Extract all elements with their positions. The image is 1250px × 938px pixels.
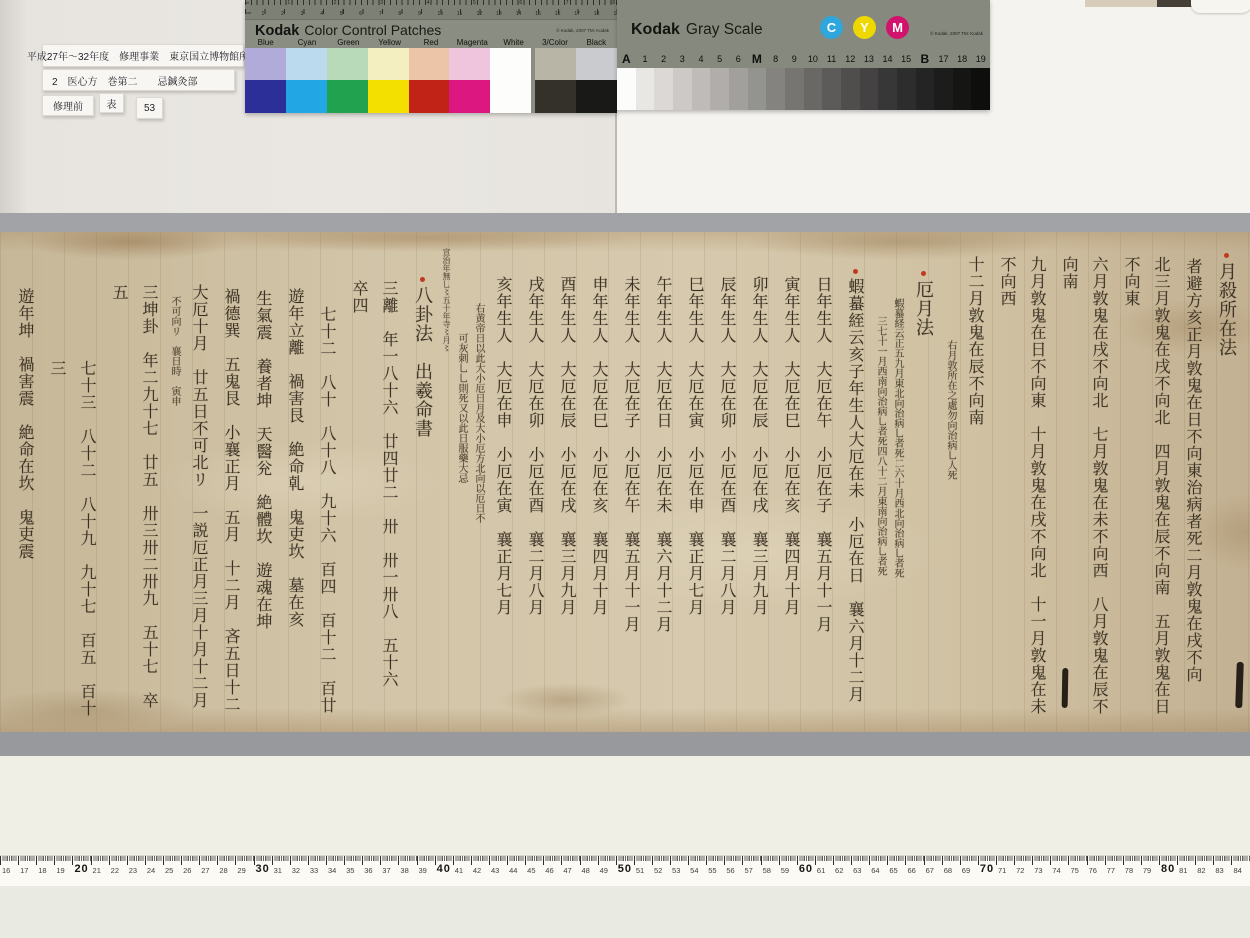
gray-step-swatch [897, 68, 916, 110]
ruler-inch-number: 6 [519, 1, 522, 6]
gray-step-swatch [710, 68, 729, 110]
ruler-cm-cell: 44 [507, 856, 525, 886]
ruler-cm-number: 60 [799, 864, 813, 875]
ruler-cm-cell: 31 [272, 856, 290, 886]
manuscript-column-text: 寅年生人 大厄在巳 小厄在亥 襄四月十月 [782, 276, 801, 616]
ruler-cm-number: 35 [346, 867, 354, 875]
manuscript-column: 卯年生人 大厄在辰 小厄在戌 襄三月九月 [744, 248, 774, 720]
kodak-wordmark: Kodak [631, 21, 680, 38]
gray-step-swatch [729, 68, 748, 110]
patch-swatch-dark [327, 80, 368, 113]
manuscript-column: 右黄帝日以此大小厄日月及大小厄方北向以厄日不 [470, 248, 486, 720]
ruler-cm-number: 46 [545, 867, 553, 875]
repair-stage-label: 修理前 [42, 95, 94, 116]
patch-column-green [327, 48, 368, 113]
cym-badge-y: Y [853, 16, 876, 39]
ruler-unit-inches: in [246, 1, 249, 5]
ruler-cm-cell: 26 [181, 856, 199, 886]
ishinpo-manuscript-scroll: 月殺所在法者避方亥正月敦鬼在日不向東治病者死二月敦鬼在戌不向北三月敦鬼在戌不向北… [0, 232, 1250, 732]
manuscript-column: 辰年生人 大厄在卯 小厄在酉 襄二月八月 [712, 248, 742, 720]
ruler-cm-number: 53 [672, 867, 680, 875]
manuscript-column: 十二月敦鬼在辰不向南 [960, 248, 990, 720]
manuscript-column: 者避方亥正月敦鬼在日不向東治病者死二月敦鬼在戌不向 [1178, 248, 1208, 720]
ruler-cm-number: 26 [183, 867, 191, 875]
manuscript-column: 七十二 八十 八十八 九十六 百四 百十二 百廿 [312, 248, 342, 720]
gray-step-label: 4 [692, 54, 711, 64]
ruler-cm-number: 43 [491, 867, 499, 875]
gray-step-label: 11 [822, 54, 841, 64]
ruler-cm-cell: 43 [489, 856, 507, 886]
ruler-cm-cell: 67 [924, 856, 942, 886]
patch-swatch-light [409, 48, 450, 80]
manuscript-column: 蝦蟇経云正五九月東北向治病乚者死二六十月西北向治病乚者死 [889, 248, 905, 720]
ruler-cm-number: 6 [359, 12, 362, 17]
ruler-cm-cell: 24 [145, 856, 163, 886]
manuscript-column: 六月敦鬼在戌不向北 七月敦鬼在未不向西 八月敦鬼在辰不向南 [1054, 248, 1114, 720]
ruler-cm-number: 69 [962, 867, 970, 875]
ruler-cm-cell: 82 [1195, 856, 1213, 886]
ruler-cm-number: 65 [889, 867, 897, 875]
ruler-cm-cell: 38 [398, 856, 416, 886]
item-title-label: 2 医心方 巻第二 忌鍼灸部 [42, 69, 235, 91]
manuscript-column: 月殺所在法 [1210, 248, 1243, 720]
ruler-cm-cell: 65 [887, 856, 905, 886]
ruler-cm-cell: 69 [960, 856, 978, 886]
manuscript-column-text: 六月敦鬼在戌不向北 七月敦鬼在未不向西 八月敦鬼在辰不向南 [1060, 256, 1109, 715]
gray-step-label: 17 [934, 54, 953, 64]
color-card-title: KodakColor Control Patches [255, 22, 441, 38]
manuscript-column-text: 八卦法 出羲命書 [412, 286, 433, 438]
ruler-cm-number: 59 [781, 867, 789, 875]
ruler-cm-cell: 16 [0, 856, 18, 886]
ruler-cm-cell: 33 [308, 856, 326, 886]
ruler-cm-cell: 64 [869, 856, 887, 886]
ruler-cm-cell: 29 [235, 856, 253, 886]
manuscript-column-text: 遊年立離 禍害艮 絶命乹 鬼吏坎 墓在亥 [286, 288, 305, 628]
ruler-cm-number: 70 [980, 864, 994, 875]
gray-step-swatch [748, 68, 767, 110]
ruler-cm-number: 12 [477, 12, 483, 17]
ruler-cm-number: 80 [1161, 864, 1175, 875]
ruler-cm-number: 71 [998, 867, 1006, 875]
patch-label: Black [576, 38, 617, 48]
project-label: 平成27年〜32年度 修理事業 東京国立博物館所蔵 [42, 44, 244, 67]
manuscript-column-text: 遊年坤 禍害震 絶命在坎 鬼吏震 [16, 288, 35, 560]
ruler-cm-cell: 37 [380, 856, 398, 886]
manuscript-column-text: 三離 年一八十六 廿四廿二 卅 卅一卅八 五十六 卒四 [350, 280, 399, 705]
manuscript-column-text: 未年生人 大厄在子 小厄在午 襄五月十一月 [622, 276, 641, 633]
ruler-cm-cell: 27 [199, 856, 217, 886]
ruler-cm-cell: 48 [580, 856, 598, 886]
gray-step-swatch [860, 68, 879, 110]
manuscript-column-text: 午年生人 大厄在日 小厄在未 襄六月十二月 [654, 276, 673, 633]
gray-scale-title: KodakGray Scale [631, 21, 763, 39]
ruler-cm-number: 77 [1107, 867, 1115, 875]
ruler-cm-number: 56 [726, 867, 734, 875]
manuscript-column: 宣治年無乚〻五十年寺〻月〻 [441, 248, 452, 720]
gray-step-swatch [617, 68, 636, 110]
ruler-cm-cell: 81 [1177, 856, 1195, 886]
ruler-cm-cell: 46 [543, 856, 561, 886]
ruler-cm-number: 76 [1089, 867, 1097, 875]
gray-step-label: A [617, 52, 636, 66]
manuscript-column: 可灰刺乚乚則死又以此日服藥大忌 [453, 248, 469, 720]
ruler-cm-cell: 50 [616, 856, 634, 886]
ruler-cm-cell: 58 [761, 856, 779, 886]
ruler-cm-cell: 41 [453, 856, 471, 886]
measuring-tape: 1617181920212223242526272829303132333435… [0, 855, 1250, 887]
manuscript-column-text: 十二月敦鬼在辰不向南 [966, 256, 985, 426]
gray-step-label: 13 [860, 54, 879, 64]
manuscript-column: 生氣震 養者坤 天醫兊 絶體坎 遊魂在坤 [248, 248, 278, 720]
manuscript-column: 寅年生人 大厄在巳 小厄在亥 襄四月十月 [776, 248, 806, 720]
gray-step-swatch [841, 68, 860, 110]
manuscript-column: 禍德巽 五鬼艮 小襄正月 五月 十二月 吝五日十二 [216, 248, 246, 720]
patch-swatch-light [286, 48, 327, 80]
manuscript-column: 九月敦鬼在日不向東 十月敦鬼在戌不向北 十一月敦鬼在未不向西 [992, 248, 1052, 720]
patch-swatch-dark [368, 80, 409, 113]
side-label: 表 [99, 93, 124, 113]
ruler-cm-number: 13 [496, 12, 502, 17]
ruler-cm-number: 34 [328, 867, 336, 875]
manuscript-column-text: 可灰刺乚乚則死又以此日服藥大忌 [456, 333, 467, 483]
gray-step-label: 12 [841, 54, 860, 64]
gray-step-label: 8 [766, 54, 785, 64]
gray-step-label: M [748, 52, 767, 66]
gray-step-label: B [916, 52, 935, 66]
manuscript-column-text: 生氣震 養者坤 天醫兊 絶體坎 遊魂在坤 [254, 290, 273, 630]
ruler-cm-number: 22 [111, 867, 119, 875]
ruler-cm-number: 28 [219, 867, 227, 875]
manuscript-column: 右月敦所在之處勿向治病乚人死 [942, 248, 958, 720]
ruler-cm-cell: 77 [1105, 856, 1123, 886]
manuscript-column-text: 右黄帝日以此大小厄日月及大小厄方北向以厄日不 [473, 303, 484, 523]
ruler-cm-cell: 18 [36, 856, 54, 886]
gray-step-swatch [692, 68, 711, 110]
ruler-cm-cell: 49 [598, 856, 616, 886]
kodak-color-control-card: in cm 12345678 1234567891011121314151617… [245, 0, 617, 113]
ruler-cm-cell: 40 [435, 856, 453, 886]
ruler-cm-cell: 62 [833, 856, 851, 886]
ruler-cm-cell: 28 [217, 856, 235, 886]
ruler-cm-cell: 61 [815, 856, 833, 886]
ruler-cm-number: 24 [147, 867, 155, 875]
manuscript-column: 厄月法 [907, 248, 940, 720]
patch-swatch-dark [245, 80, 286, 113]
ruler-cm-number: 32 [292, 867, 300, 875]
patch-swatches [245, 48, 617, 113]
manuscript-column: 八卦法 出羲命書 [406, 248, 439, 720]
ruler-cm-cell: 23 [127, 856, 145, 886]
ruler-cm-number: 82 [1197, 867, 1205, 875]
ruler-cm-cell: 73 [1032, 856, 1050, 886]
ruler-cm-number: 39 [419, 867, 427, 875]
ruler-cm-number: 61 [817, 867, 825, 875]
ruler-cm-cell: 59 [779, 856, 797, 886]
ruler-cm-cell: 19 [54, 856, 72, 886]
ruler-cm-number: 79 [1143, 867, 1151, 875]
manuscript-column: 酉年生人 大厄在辰 小厄在戌 襄三月九月 [552, 248, 582, 720]
gray-step-label: 9 [785, 54, 804, 64]
patch-swatch-light [368, 48, 409, 80]
patch-label: Magenta [452, 38, 493, 48]
gray-step-swatch [822, 68, 841, 110]
ruler-cm-number: 74 [1052, 867, 1060, 875]
patch-column-magenta [449, 48, 490, 113]
ruler-cm-number: 41 [455, 867, 463, 875]
patch-label: Green [328, 38, 369, 48]
ruler-cm-number: 81 [1179, 867, 1187, 875]
ruler-cm-cell: 25 [163, 856, 181, 886]
gray-step-swatch [971, 68, 990, 110]
ruler-cm-number: 37 [382, 867, 390, 875]
gray-step-swatch [654, 68, 673, 110]
ruler-cm-number: 31 [274, 867, 282, 875]
red-dot-marker [420, 277, 425, 282]
ruler-cm-number: 58 [763, 867, 771, 875]
measuring-tape-cells: 1617181920212223242526272829303132333435… [0, 856, 1250, 886]
ruler-cm-number: 78 [1125, 867, 1133, 875]
manuscript-column-text: 卯年生人 大厄在辰 小厄在戌 襄三月九月 [750, 276, 769, 616]
ruler-inch-number: 8 [612, 1, 615, 6]
ruler-cm-cell: 56 [724, 856, 742, 886]
gray-step-label: 19 [971, 54, 990, 64]
ruler-cm-number: 1 [262, 12, 265, 17]
ruler-cm-number: 38 [400, 867, 408, 875]
ruler-cm-number: 57 [744, 867, 752, 875]
sheet-number-label: 53 [136, 97, 163, 119]
ruler-cm-cell: 21 [91, 856, 109, 886]
ruler-cm-cell: 83 [1213, 856, 1231, 886]
gray-step-swatch [878, 68, 897, 110]
ruler-cm-cell: 84 [1231, 856, 1249, 886]
ruler-cm-number: 36 [364, 867, 372, 875]
patch-swatch-light [245, 48, 286, 80]
ruler-cm-number: 19 [56, 867, 64, 875]
gray-step-label: 18 [953, 54, 972, 64]
ruler-cm-cell: 34 [326, 856, 344, 886]
manuscript-column-text: 者避方亥正月敦鬼在日不向東治病者死二月敦鬼在戌不向 [1184, 258, 1203, 683]
ruler-cm-number: 8 [398, 12, 401, 17]
ruler-cm-number: 16 [555, 12, 561, 17]
ruler-cm-number: 3 [301, 12, 304, 17]
manuscript-column: 巳年生人 大厄在寅 小厄在申 襄正月七月 [680, 248, 710, 720]
patch-column-black [576, 48, 617, 113]
ruler-cm-cell: 42 [471, 856, 489, 886]
gray-step-label: 5 [710, 54, 729, 64]
ruler-cm-cell: 52 [652, 856, 670, 886]
manuscript-column-text: 三七十一月西南向治病乚者死四八十二月東南向治病乚者死 [875, 316, 886, 576]
ruler-cm-number: 84 [1233, 867, 1241, 875]
ruler-cm-cell: 20 [72, 856, 90, 886]
gray-scale-title-rest: Gray Scale [686, 21, 763, 38]
ruler-cm-number: 63 [853, 867, 861, 875]
ruler-cm-number: 47 [563, 867, 571, 875]
ruler-cm-number: 75 [1070, 867, 1078, 875]
ruler-cm-number: 62 [835, 867, 843, 875]
manuscript-column-text: 北三月敦鬼在戌不向北 四月敦鬼在辰不向南 五月敦鬼在日不向東 [1122, 256, 1171, 715]
ruler-cm-number: 48 [582, 867, 590, 875]
ruler-cm-number: 25 [165, 867, 173, 875]
patch-column-red [409, 48, 450, 113]
gray-step-swatch [673, 68, 692, 110]
manuscript-column-text: 月殺所在法 [1216, 262, 1237, 357]
ruler-cm-number: 83 [1215, 867, 1223, 875]
patch-label: Yellow [369, 38, 410, 48]
manuscript-column-text: 七十二 八十 八十八 九十六 百四 百十二 百廿 [318, 306, 337, 714]
ruler-inch-number: 5 [473, 1, 476, 6]
patch-swatch-dark [490, 80, 531, 113]
top-edge-white-object [1191, 0, 1250, 13]
patch-column-white [490, 48, 531, 113]
manuscript-column: 三坤卦 年二九十七 廿五 卅三卅二卅九 五十七 卒五 [104, 248, 164, 720]
ruler-cm-cell: 22 [109, 856, 127, 886]
manuscript-column-text: 蝦蟇絰云亥子年生人大厄在未 小厄在日 襄六月十二月 [846, 278, 865, 703]
ruler-cm-cell: 17 [18, 856, 36, 886]
manuscript-column: 三離 年一八十六 廿四廿二 卅 卅一卅八 五十六 卒四 [344, 248, 404, 720]
ruler-cm-number: 16 [2, 867, 10, 875]
manuscript-column-text: 蝦蟇経云正五九月東北向治病乚者死二六十月西北向治病乚者死 [892, 298, 903, 578]
ruler-cm-cell: 74 [1050, 856, 1068, 886]
ruler-cm-number: 64 [871, 867, 879, 875]
gray-step-label: 10 [804, 54, 823, 64]
ruler-cm-cell: 72 [1014, 856, 1032, 886]
red-dot-marker [1224, 253, 1229, 258]
patch-swatch-light [576, 48, 617, 80]
manuscript-column: 日年生人 大厄在午 小厄在子 襄五月十一月 [808, 248, 838, 720]
ruler-cm-number: 20 [74, 864, 88, 875]
gray-step-label: 6 [729, 54, 748, 64]
ruler-cm-number: 7 [379, 12, 382, 17]
ruler-cm-number: 18 [594, 12, 600, 17]
color-card-copyright: © Kodak, 2007 TM: Kodak [556, 28, 609, 33]
manuscript-column: 申年生人 大厄在巳 小厄在亥 襄四月十月 [584, 248, 614, 720]
patch-swatch-dark [535, 80, 576, 113]
backdrop-strip-top [0, 213, 1250, 232]
ruler-cm-number: 17 [574, 12, 580, 17]
patch-swatch-light [327, 48, 368, 80]
patch-swatch-light [490, 48, 531, 80]
ruler-cm-number: 52 [654, 867, 662, 875]
manuscript-column: 不可向リ 襄日時 寅申 [166, 248, 182, 720]
patch-column-3-color [535, 48, 576, 113]
manuscript-column: 戌年生人 大厄在卯 小厄在酉 襄二月八月 [520, 248, 550, 720]
ruler-cm-number: 54 [690, 867, 698, 875]
ruler-cm-number: 23 [129, 867, 137, 875]
ruler-cm-number: 30 [256, 864, 270, 875]
ruler-cm-number: 42 [473, 867, 481, 875]
manuscript-column-text: 七十三 八十二 八十九 九十七 百五 百十三 [48, 360, 97, 717]
manuscript-column-text: 禍德巽 五鬼艮 小襄正月 五月 十二月 吝五日十二 [222, 288, 241, 713]
ruler-cm-number: 4 [320, 12, 323, 17]
patch-swatch-dark [576, 80, 617, 113]
ruler-cm-number: 10 [438, 12, 444, 17]
ruler-cm-number: 21 [93, 867, 101, 875]
gray-step-swatch [636, 68, 655, 110]
ruler-cm-number: 73 [1034, 867, 1042, 875]
ruler-cm-cell: 63 [851, 856, 869, 886]
ruler-cm-cell: 57 [742, 856, 760, 886]
ruler-cm-number: 67 [926, 867, 934, 875]
manuscript-columns: 月殺所在法者避方亥正月敦鬼在日不向東治病者死二月敦鬼在戌不向北三月敦鬼在戌不向北… [16, 248, 1245, 720]
patch-swatch-dark [449, 80, 490, 113]
archival-photo-canvas: 平成27年〜32年度 修理事業 東京国立博物館所蔵 2 医心方 巻第二 忌鍼灸部… [0, 0, 1250, 938]
gray-scale-copyright: © Kodak, 2007 TM: Kodak [930, 31, 983, 36]
manuscript-column-text: 辰年生人 大厄在卯 小厄在酉 襄二月八月 [718, 276, 737, 616]
manuscript-column: 遊年坤 禍害震 絶命在坎 鬼吏震 [16, 248, 40, 720]
ruler-cm-cell: 45 [525, 856, 543, 886]
ruler-cm-cell: 53 [670, 856, 688, 886]
ruler-cm-cell: 66 [905, 856, 923, 886]
ruler-cm-number: 44 [509, 867, 517, 875]
mount-board [0, 756, 1250, 855]
patch-swatch-light [449, 48, 490, 80]
ruler-cm-number: 9 [418, 12, 421, 17]
ruler-cm-cell: 75 [1068, 856, 1086, 886]
ruler-cm-cell: 80 [1159, 856, 1177, 886]
gray-step-swatch [804, 68, 823, 110]
manuscript-column-text: 三坤卦 年二九十七 廿五 卅三卅二卅九 五十七 卒五 [110, 284, 159, 709]
ruler-cm-number: 45 [527, 867, 535, 875]
manuscript-column-text: 申年生人 大厄在巳 小厄在亥 襄四月十月 [590, 276, 609, 616]
backdrop-strip-bottom [0, 732, 1250, 756]
gray-step-label: 15 [897, 54, 916, 64]
manuscript-column-text: 宣治年無乚〻五十年寺〻月〻 [442, 248, 451, 352]
cym-badge-m: M [886, 16, 909, 39]
ruler-cm-number: 14 [516, 12, 522, 17]
gray-step-label: 1 [636, 54, 655, 64]
ruler-cm-number: 27 [201, 867, 209, 875]
ruler-cm-cell: 47 [561, 856, 579, 886]
ruler-cm-cell: 71 [996, 856, 1014, 886]
ruler-cm-number: 5 [340, 12, 343, 17]
patch-swatch-light [535, 48, 576, 80]
ruler-inch-number: 1 [287, 1, 290, 6]
ruler-unit-cm: cm [246, 11, 251, 15]
ruler-cm-cell: 35 [344, 856, 362, 886]
ruler-cm-cell: 54 [688, 856, 706, 886]
patch-label: 3/Color [534, 38, 575, 48]
ruler-cm-cell: 55 [706, 856, 724, 886]
cym-badge-c: C [820, 16, 843, 39]
ruler-inch-number: 3 [380, 1, 383, 6]
gray-step-swatch [916, 68, 935, 110]
ruler-cm-number: 49 [600, 867, 608, 875]
gray-scale-step-labels: A123456M89101112131415B171819 [617, 51, 990, 66]
ruler-cm-cell: 30 [254, 856, 272, 886]
red-dot-marker [853, 269, 858, 274]
manuscript-column-text: 巳年生人 大厄在寅 小厄在申 襄正月七月 [686, 276, 705, 616]
top-edge-dark-patch [1157, 0, 1193, 7]
ruler-cm-cell: 32 [290, 856, 308, 886]
ruler-cm-number: 40 [437, 864, 451, 875]
patch-label: White [493, 38, 534, 48]
manuscript-column: 午年生人 大厄在日 小厄在未 襄六月十二月 [648, 248, 678, 720]
ruler-cm-cell: 60 [797, 856, 815, 886]
manuscript-column-text: 九月敦鬼在日不向東 十月敦鬼在戌不向北 十一月敦鬼在未不向西 [998, 256, 1047, 715]
gray-step-swatch [953, 68, 972, 110]
ink-bar-mark [1062, 668, 1069, 708]
manuscript-column-text: 日年生人 大厄在午 小厄在子 襄五月十一月 [814, 276, 833, 633]
gray-step-swatch [766, 68, 785, 110]
ruler-cm-number: 17 [20, 867, 28, 875]
gray-step-label: 3 [673, 54, 692, 64]
manuscript-column: 大厄十月 廿五日不可北リ 一説厄正月三月十月十二月 [184, 248, 214, 720]
gray-step-swatch [934, 68, 953, 110]
ruler-cm-cell: 51 [634, 856, 652, 886]
manuscript-column: 未年生人 大厄在子 小厄在午 襄五月十一月 [616, 248, 646, 720]
bottom-board-strip [0, 886, 1250, 938]
